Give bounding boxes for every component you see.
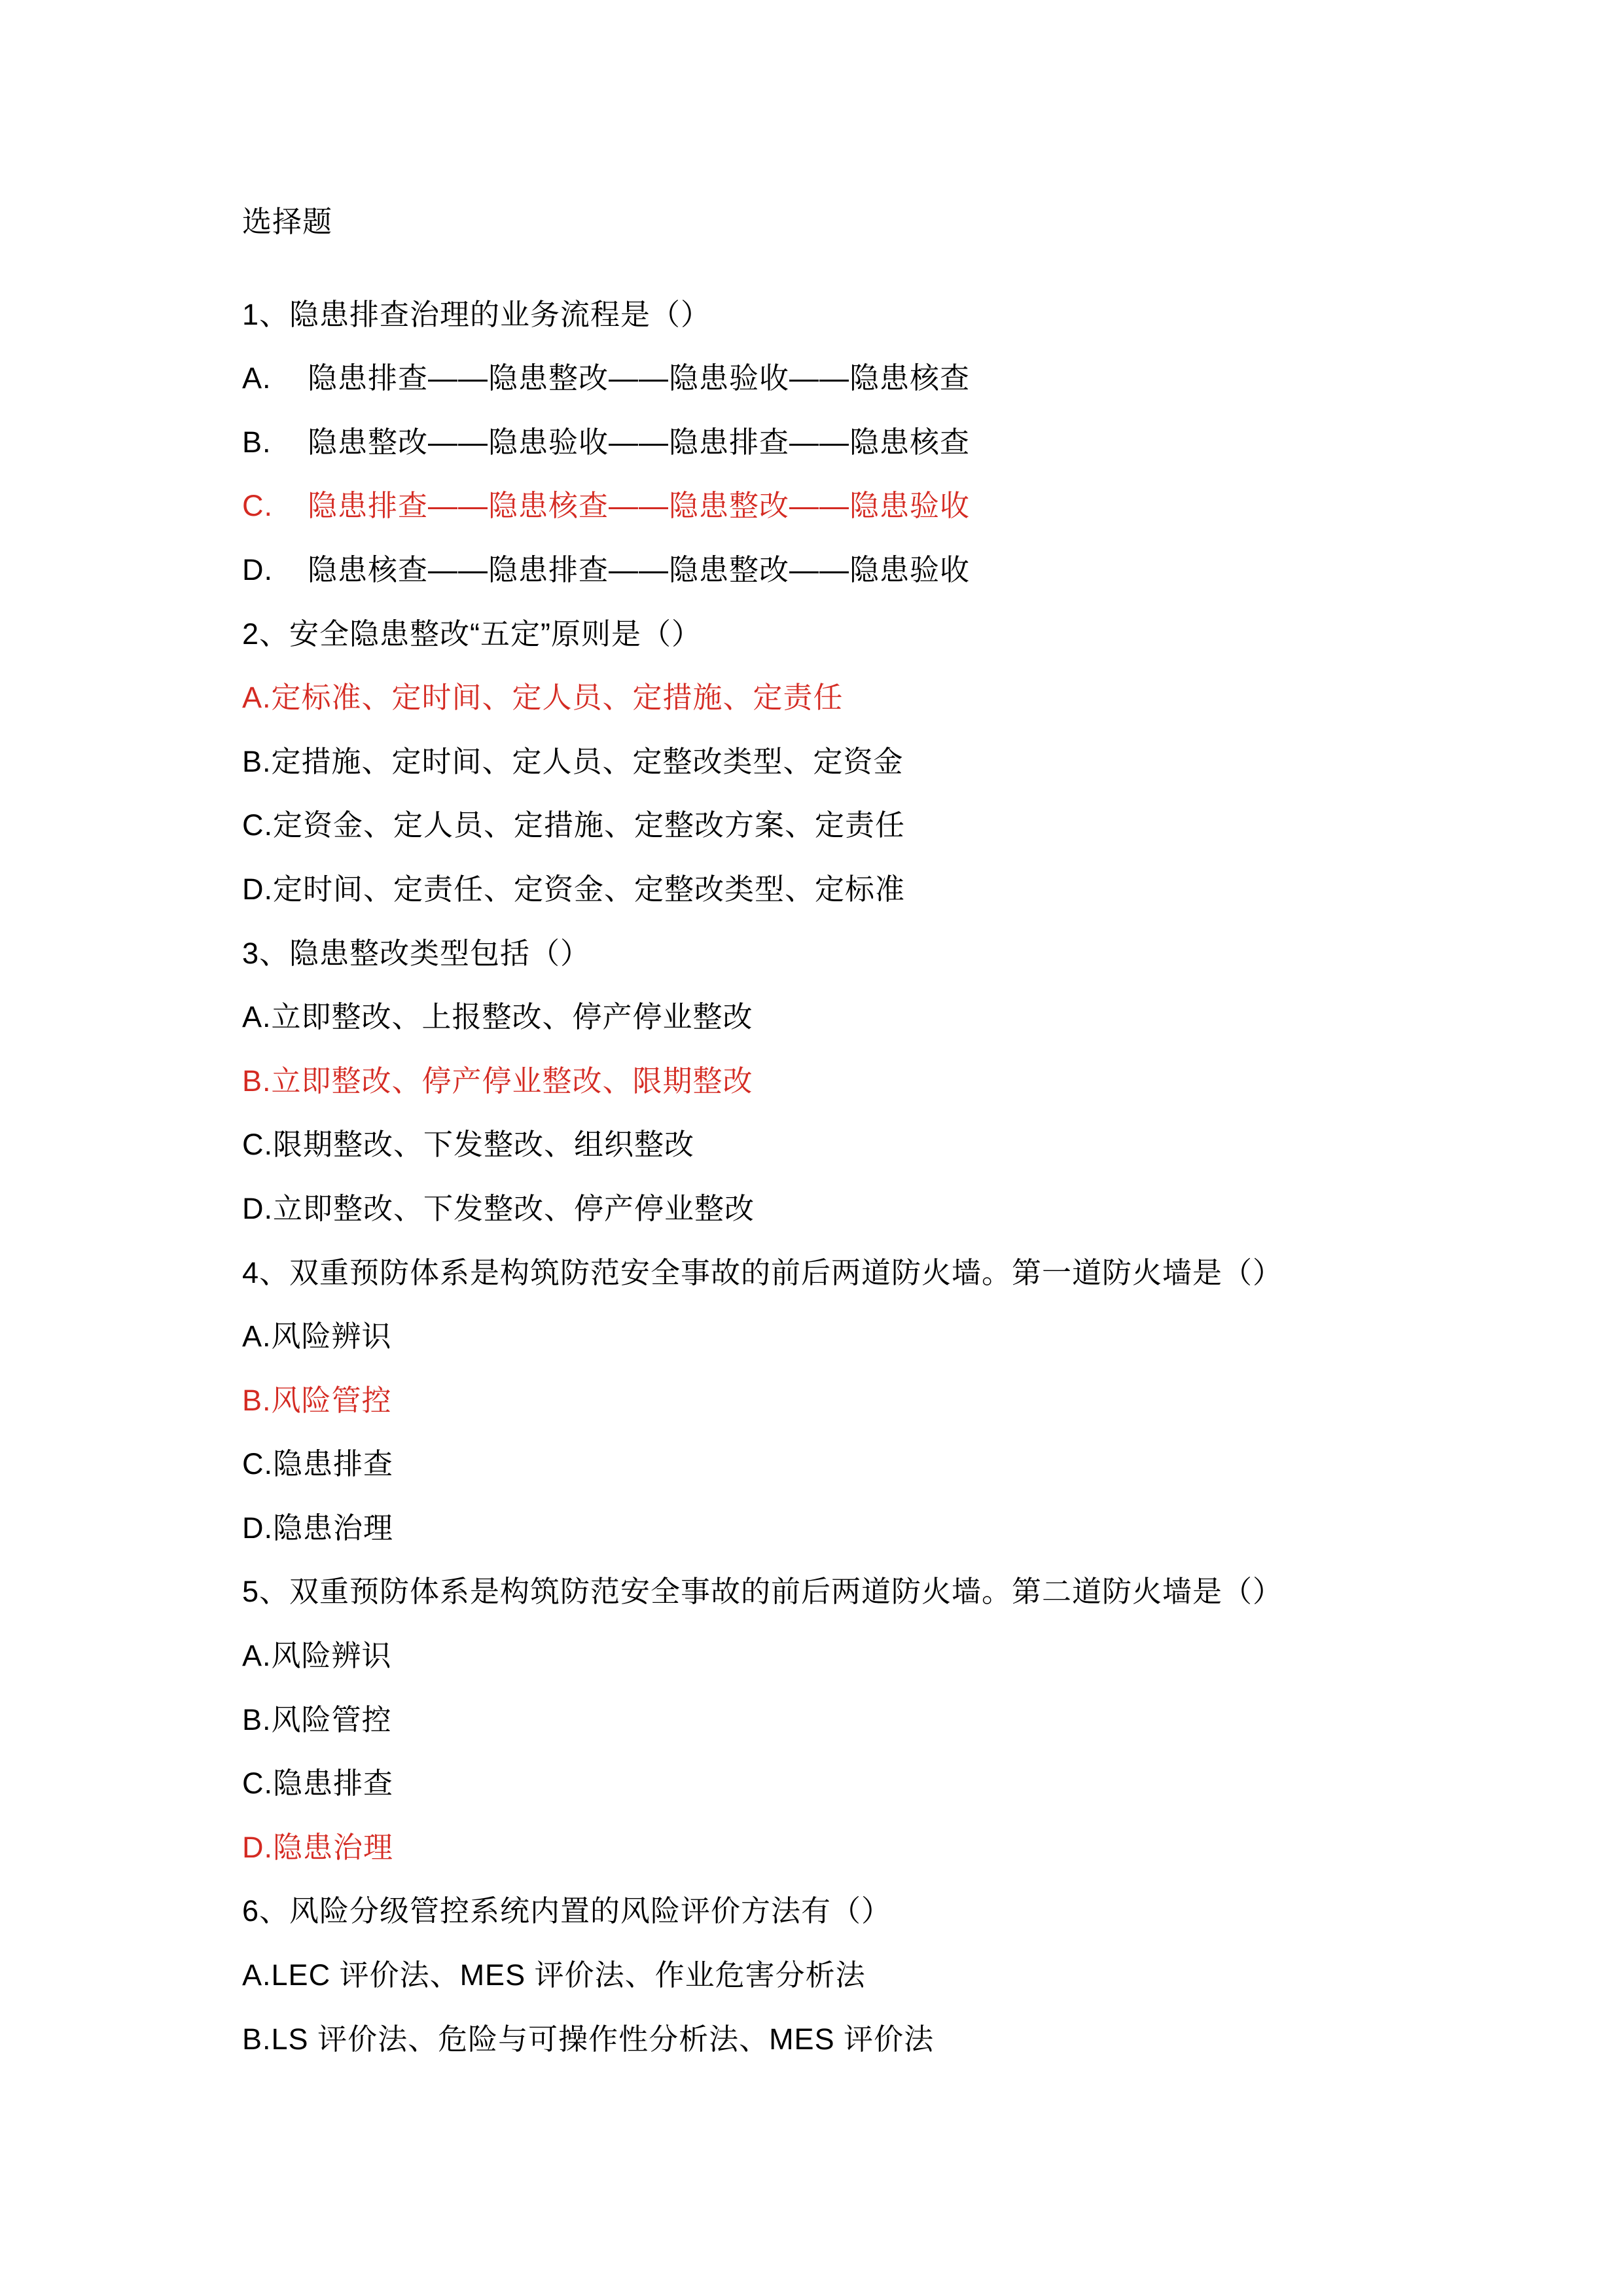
option: D.立即整改、下发整改、停产停业整改 [242,1177,1544,1241]
option: D.隐患核查——隐患排查——隐患整改——隐患验收 [242,538,1544,602]
option-text: 限期整改、下发整改、组织整改 [273,1128,694,1161]
question-stem: 2、安全隐患整改“五定”原则是（） [242,602,1544,666]
option: D.定时间、定责任、定资金、定整改类型、定标准 [242,857,1544,922]
option: B.隐患整改——隐患验收——隐患排查——隐患核查 [242,410,1544,475]
option: B.LS 评价法、危险与可操作性分析法、MES 评价法 [242,2007,1544,2072]
option-label: D. [242,1511,273,1545]
option: C.隐患排查 [242,1751,1544,1816]
option: A.定标准、定时间、定人员、定措施、定责任 [242,666,1544,730]
question-stem: 4、双重预防体系是构筑防范安全事故的前后两道防火墙。第一道防火墙是（） [242,1241,1544,1305]
option-label: A. [242,681,272,714]
option-label: A. [242,1319,272,1353]
option-text: 风险管控 [272,1703,392,1736]
option: C.隐患排查——隐患核查——隐患整改——隐患验收 [242,474,1544,538]
option-text: 隐患排查 [273,1447,393,1480]
option-text: 风险管控 [272,1384,392,1417]
option-text: 隐患排查——隐患整改——隐患验收——隐患核查 [308,361,970,395]
option-text: 隐患治理 [273,1831,393,1864]
option: B.定措施、定时间、定人员、定整改类型、定资金 [242,730,1544,794]
option: A.隐患排查——隐患整改——隐患验收——隐患核查 [242,346,1544,410]
question-stem: 3、隐患整改类型包括（） [242,922,1544,986]
option: B.风险管控 [242,1688,1544,1752]
option-text: 立即整改、上报整改、停产停业整改 [272,1000,753,1033]
option: C.定资金、定人员、定措施、定整改方案、定责任 [242,793,1544,857]
option-text: 定措施、定时间、定人员、定整改类型、定资金 [272,745,904,778]
option-text: 定时间、定责任、定资金、定整改类型、定标准 [273,872,905,906]
option-text: 隐患整改——隐患验收——隐患排查——隐患核查 [308,425,970,459]
question-stem: 5、双重预防体系是构筑防范安全事故的前后两道防火墙。第二道防火墙是（） [242,1560,1544,1624]
option: B.风险管控 [242,1369,1544,1433]
option-label: D. [242,538,308,602]
option-label: B. [242,1064,272,1098]
option-text: 风险辨识 [272,1639,392,1672]
option-label: B. [242,1384,272,1417]
option-label: B. [242,1703,272,1736]
document-page: 选择题 1、隐患排查治理的业务流程是（）A.隐患排查——隐患整改——隐患验收——… [0,0,1623,2296]
option-label: B. [242,2022,272,2056]
option: B.立即整改、停产停业整改、限期整改 [242,1049,1544,1113]
option-text: LEC 评价法、MES 评价法、作业危害分析法 [272,1958,866,1992]
option-text: 立即整改、下发整改、停产停业整改 [273,1192,755,1225]
option: C.限期整改、下发整改、组织整改 [242,1113,1544,1177]
option-text: 风险辨识 [272,1319,392,1353]
option-text: 隐患排查 [273,1767,393,1800]
option-label: A. [242,346,308,410]
option: D.隐患治理 [242,1496,1544,1560]
option: D.隐患治理 [242,1816,1544,1880]
option: A.风险辨识 [242,1304,1544,1369]
option-text: 定标准、定时间、定人员、定措施、定责任 [272,681,844,714]
option-label: D. [242,1192,273,1225]
option-text: 隐患核查——隐患排查——隐患整改——隐患验收 [308,553,970,586]
option-label: A. [242,1639,272,1672]
option-label: B. [242,410,308,475]
option: A.立即整改、上报整改、停产停业整改 [242,985,1544,1049]
question-stem: 6、风险分级管控系统内置的风险评价方法有（） [242,1879,1544,1943]
option-label: A. [242,1958,272,1992]
option-label: C. [242,808,273,842]
option: C.隐患排查 [242,1432,1544,1496]
option-label: D. [242,872,273,906]
option-text: 定资金、定人员、定措施、定整改方案、定责任 [273,808,905,842]
page-title: 选择题 [242,190,1544,254]
option-label: C. [242,1447,273,1480]
option-label: C. [242,1128,273,1161]
option-label: A. [242,1000,272,1033]
questions-container: 1、隐患排查治理的业务流程是（）A.隐患排查——隐患整改——隐患验收——隐患核查… [242,283,1544,2072]
question-stem: 1、隐患排查治理的业务流程是（） [242,283,1544,347]
option-label: C. [242,1767,273,1800]
option-text: 隐患排查——隐患核查——隐患整改——隐患验收 [308,489,970,522]
option: A.风险辨识 [242,1624,1544,1688]
option: A.LEC 评价法、MES 评价法、作业危害分析法 [242,1943,1544,2007]
option-label: B. [242,745,272,778]
option-label: C. [242,474,308,538]
option-text: 隐患治理 [273,1511,393,1545]
option-text: 立即整改、停产停业整改、限期整改 [272,1064,753,1098]
option-text: LS 评价法、危险与可操作性分析法、MES 评价法 [272,2022,935,2056]
option-label: D. [242,1831,273,1864]
